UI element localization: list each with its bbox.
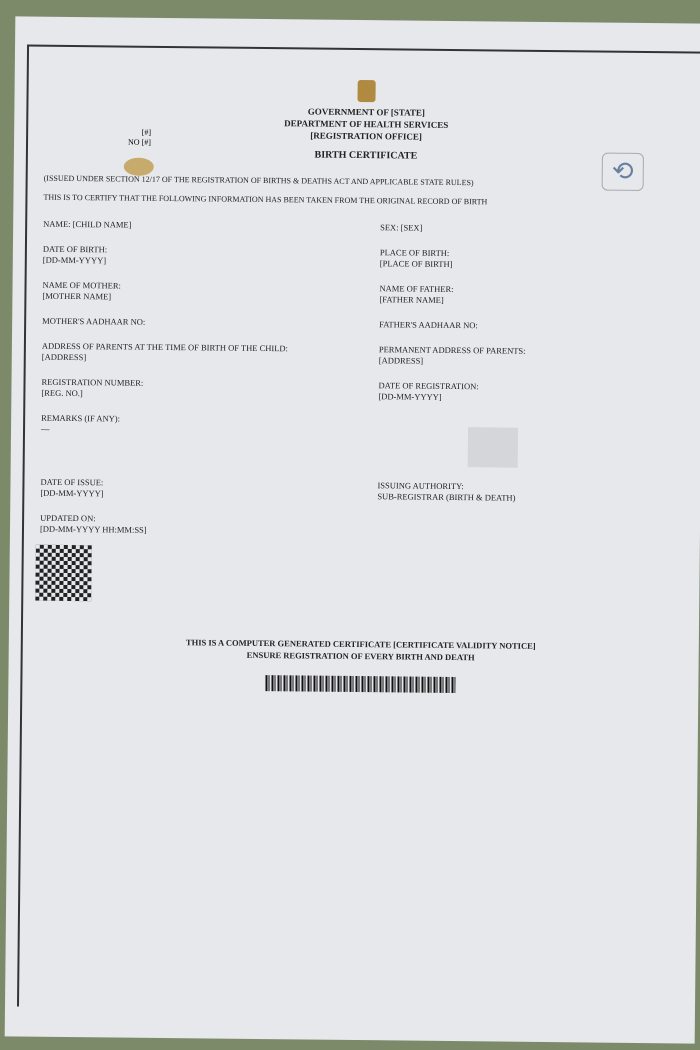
field-remarks: REMARKS (IF ANY):—: [41, 413, 355, 466]
preamble: (ISSUED UNDER SECTION 12/17 OF THE REGIS…: [43, 173, 693, 210]
field-updated-on: UPDATED ON:[DD-MM-YYYY HH:MM:SS]: [39, 513, 353, 604]
field-sex: SEX: [SEX]: [380, 222, 693, 236]
field-father: NAME OF FATHER:[FATHER NAME]: [379, 283, 692, 308]
footer-note: THIS IS A COMPUTER GENERATED CERTIFICATE…: [22, 635, 699, 696]
seal-icon: [124, 158, 154, 176]
field-date-of-registration: DATE OF REGISTRATION:[DD-MM-YYYY]: [378, 380, 691, 405]
certificate-fields: NAME: [CHILD NAME] SEX: [SEX] DATE OF BI…: [39, 219, 693, 622]
field-mother: NAME OF MOTHER:[MOTHER NAME]: [42, 280, 355, 305]
field-address-at-birth: ADDRESS OF PARENTS AT THE TIME OF BIRTH …: [42, 341, 355, 366]
field-registration-number: REGISTRATION NUMBER:[REG. NO.]: [41, 377, 354, 402]
field-issuing-authority: ISSUING AUTHORITY:SUB-REGISTRAR (BIRTH &…: [377, 480, 690, 505]
qr-code-icon: [35, 545, 92, 602]
field-dob: DATE OF BIRTH:[DD-MM-YYYY]: [43, 244, 356, 269]
serial-number: [#] NO [#]: [128, 128, 151, 148]
field-father-aadhaar: FATHER'S AADHAAR NO:: [379, 319, 692, 333]
field-date-of-issue: DATE OF ISSUE:[DD-MM-YYYY]: [40, 477, 353, 502]
field-permanent-address: PERMANENT ADDRESS OF PARENTS:[ADDRESS]: [379, 344, 692, 369]
certificate-sheet: [#] NO [#] ⟲ GOVERNMENT OF [STATE] DEPAR…: [5, 16, 700, 1043]
field-name: NAME: [CHILD NAME]: [43, 219, 356, 233]
signature-image: [468, 427, 518, 468]
field-place-of-birth: PLACE OF BIRTH:[PLACE OF BIRTH]: [380, 247, 693, 272]
registration-logo-icon: ⟲: [602, 153, 644, 191]
barcode-icon: [265, 675, 455, 693]
field-mother-aadhaar: MOTHER'S AADHAAR NO:: [42, 316, 355, 330]
certificate-frame: [#] NO [#] ⟲ GOVERNMENT OF [STATE] DEPAR…: [17, 45, 700, 1014]
emblem-icon: [357, 80, 375, 102]
certificate-header: GOVERNMENT OF [STATE] DEPARTMENT OF HEAL…: [28, 77, 700, 166]
signature-block: [378, 416, 692, 469]
